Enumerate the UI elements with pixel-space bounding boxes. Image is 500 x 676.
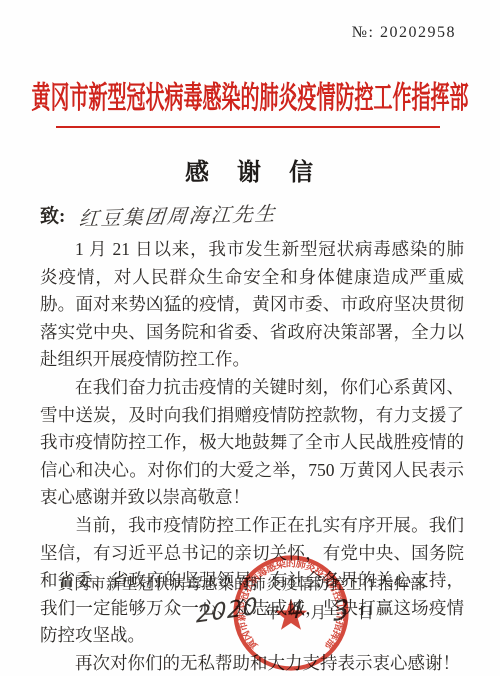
recipient-name-handwritten: 红豆集团周海江先生: [78, 197, 278, 231]
body-paragraph: 在我们奋力抗击疫情的关键时刻，你们心系黄冈、雪中送炭，及时向我们捐赠疫情防控款物…: [40, 374, 464, 512]
date-day-label: 日: [358, 605, 374, 622]
body-paragraph: 1 月 21 日以来，我市发生新型冠状病毒感染的肺炎疫情，对人民群众生命安全和身…: [40, 236, 464, 374]
salutation-prefix: 致:: [40, 206, 65, 227]
document-number: №: 20202958: [352, 24, 456, 42]
letterhead-org-title: 黄冈市新型冠状病毒感染的肺炎疫情防控工作指挥部: [0, 74, 500, 118]
letter-page: №: 20202958 黄冈市新型冠状病毒感染的肺炎疫情防控工作指挥部 感 谢 …: [0, 0, 500, 676]
letterhead-divider: [56, 126, 440, 128]
letter-title: 感 谢 信: [0, 152, 500, 187]
seal-star-icon: [275, 599, 307, 630]
official-seal-stamp: 黄冈市新型冠状病毒感染的肺炎疫情防控工作指挥部: [231, 553, 351, 673]
salutation-line: 致: 红豆集团周海江先生: [40, 200, 277, 229]
